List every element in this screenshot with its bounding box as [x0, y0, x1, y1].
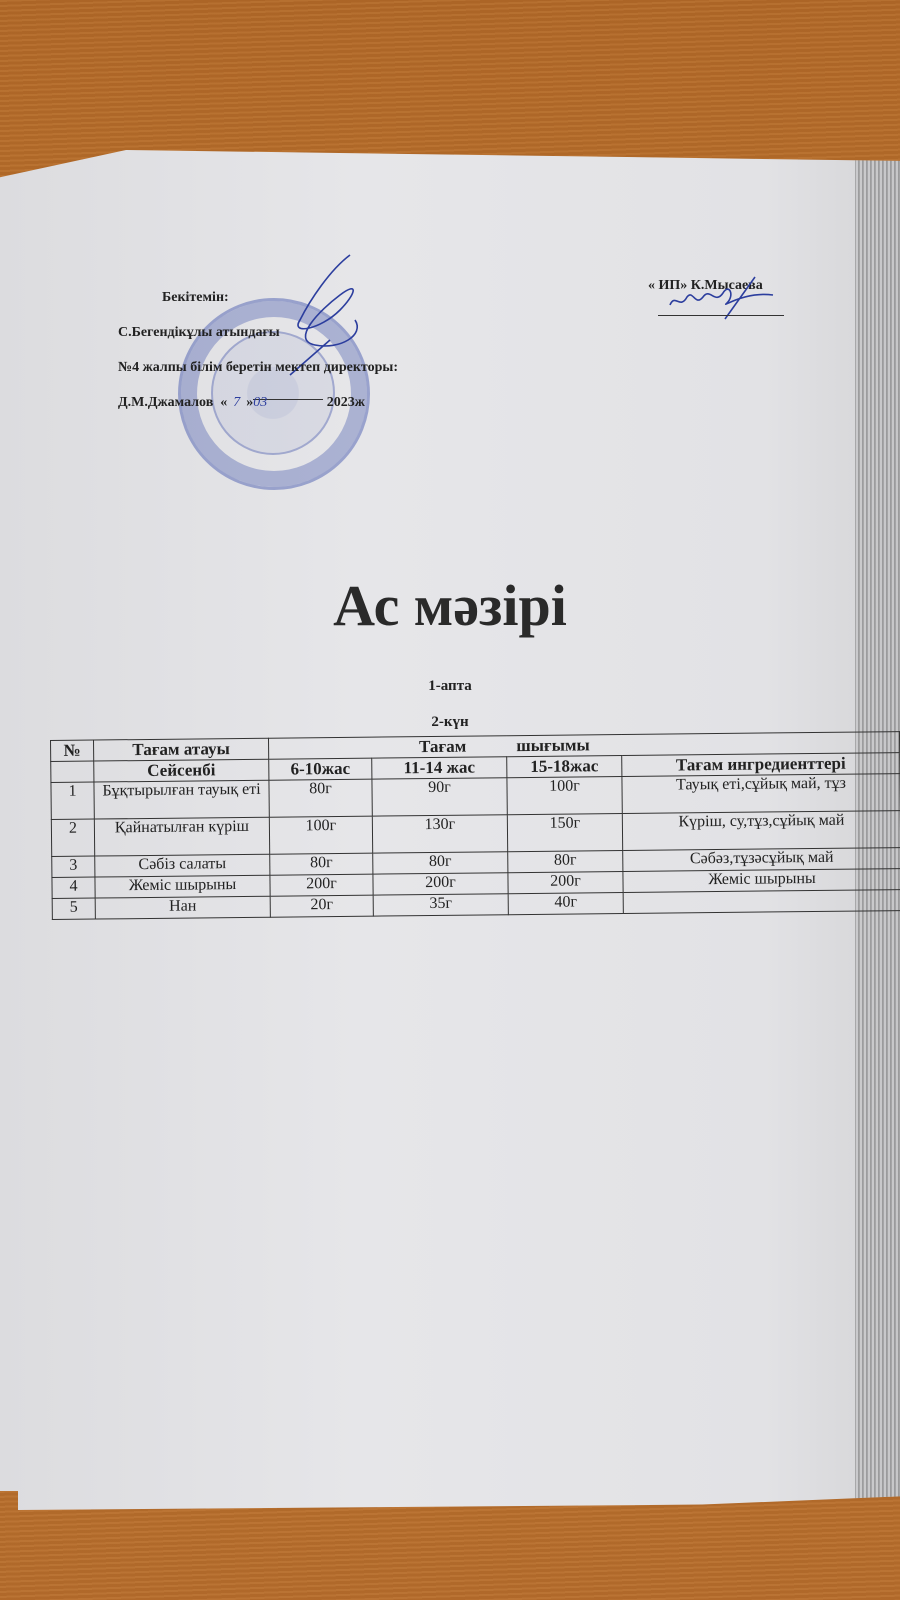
- header-yield-word2: шығымы: [516, 735, 590, 755]
- cell-age3: 100г: [507, 777, 622, 815]
- document-title: Ас мәзірі: [0, 572, 900, 639]
- cell-age3: 150г: [507, 814, 622, 852]
- header-weekday: Сейсенбі: [94, 759, 269, 782]
- signature-line: [658, 315, 784, 316]
- cell-no: 4: [52, 877, 95, 898]
- cell-age2: 80г: [373, 852, 508, 874]
- cell-ingredients: Күріш, су,тұз,сұйық май: [622, 811, 900, 851]
- cell-dish: Қайнатылған күріш: [94, 817, 269, 856]
- cell-age3: 40г: [508, 893, 623, 915]
- cell-dish: Нан: [95, 896, 270, 919]
- cell-age3: 200г: [508, 872, 623, 894]
- cell-age1: 200г: [270, 874, 373, 896]
- cell-no: 2: [51, 819, 94, 856]
- cell-dish: Сәбіз салаты: [95, 854, 270, 877]
- header-age-15-18: 15-18жас: [507, 756, 622, 778]
- cell-age2: 35г: [373, 894, 508, 916]
- cell-no: 1: [51, 782, 94, 819]
- day-label: 2-күн: [0, 714, 900, 731]
- cell-ingredients: Тауық еті,сұйық май, тұз: [622, 774, 900, 814]
- cell-age1: 20г: [270, 895, 373, 917]
- director-date-line: Д.М.Джамалов «7»03 2023ж: [118, 385, 398, 420]
- menu-table: № Тағам атауы Тағамшығымы Сейсенбі 6-10ж…: [50, 731, 900, 920]
- cell-no: 5: [52, 898, 95, 919]
- cell-ingredients: Жеміс шырыны: [623, 869, 900, 893]
- cell-dish: Жеміс шырыны: [95, 875, 270, 898]
- cell-ingredients: Сәбәз,тұзәсұйық май: [623, 848, 900, 872]
- cell-ingredients: [623, 890, 900, 914]
- school-name: С.Бегендікұлы атындағы: [118, 315, 398, 350]
- cell-age2: 90г: [372, 778, 507, 816]
- supplier-signature: [665, 275, 785, 320]
- cell-age1: 80г: [270, 853, 373, 875]
- cell-age3: 80г: [508, 851, 623, 873]
- date-day: 7: [227, 395, 246, 410]
- date-year: 2023ж: [327, 395, 365, 410]
- approval-block: Бекітемін: С.Бегендікұлы атындағы №4 жал…: [118, 280, 398, 420]
- school-director-title: №4 жалпы білім беретін мектеп директоры:: [118, 350, 398, 385]
- header-empty: [51, 761, 94, 782]
- header-no: №: [51, 740, 94, 761]
- date-month: 03: [253, 385, 323, 400]
- header-age-11-14: 11-14 жас: [372, 757, 507, 779]
- header-dish-name: Тағам атауы: [94, 738, 269, 761]
- cell-age2: 200г: [373, 873, 508, 895]
- paper-sheet: Бекітемін: С.Бегендікұлы атындағы №4 жал…: [0, 150, 900, 1510]
- cell-age1: 100г: [269, 816, 372, 854]
- header-yield-word1: Тағам: [419, 737, 466, 756]
- cell-dish: Бұқтырылған тауық еті: [94, 780, 269, 819]
- approve-label: Бекітемін:: [118, 280, 398, 315]
- header-age-6-10: 6-10жас: [269, 758, 372, 780]
- cell-no: 3: [52, 856, 95, 877]
- cell-age1: 80г: [269, 779, 372, 817]
- week-label: 1-апта: [0, 678, 900, 695]
- header-ingredients: Тағам ингредиенттері: [622, 753, 900, 777]
- director-name: Д.М.Джамалов: [118, 395, 213, 410]
- cell-age2: 130г: [372, 815, 507, 853]
